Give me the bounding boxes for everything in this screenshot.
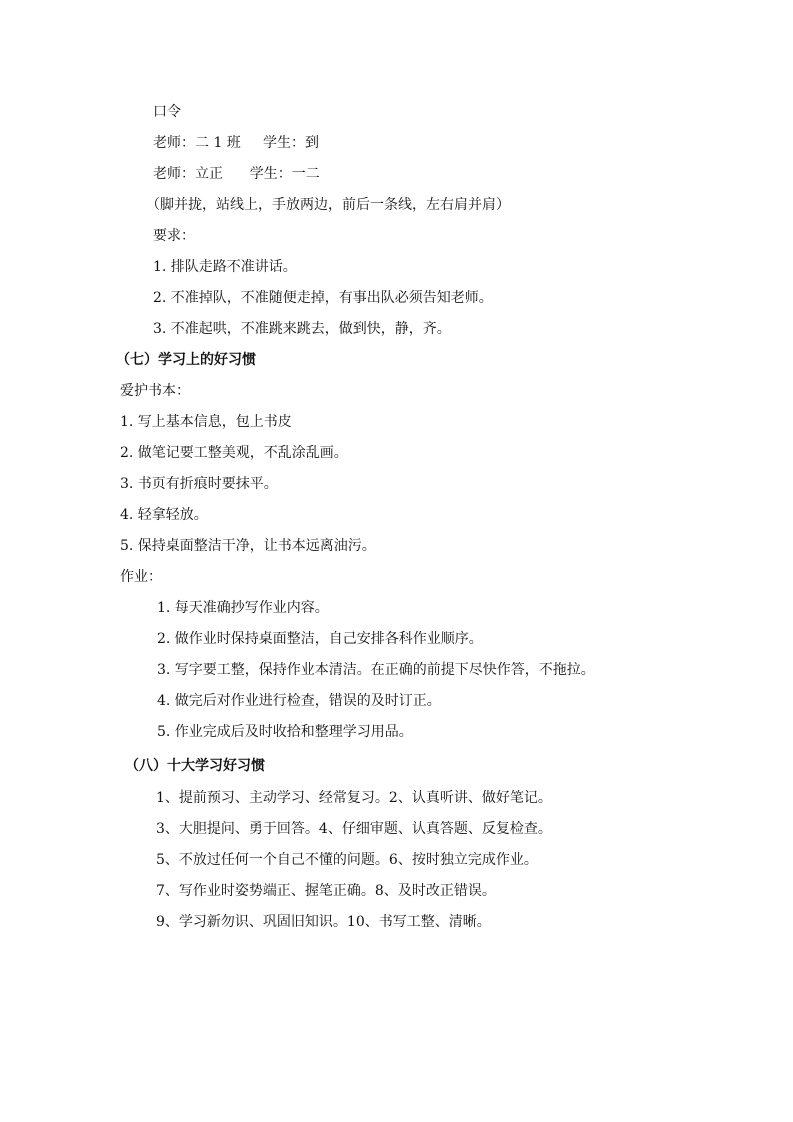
posture-note: （脚并拢，站线上，手放两边，前后一条线，左右肩并肩）: [146, 197, 510, 213]
requirements-label: 要求：: [153, 228, 195, 244]
section-heading-7: （七）学习上的好习惯: [116, 352, 256, 368]
books-item: 4. 轻拿轻放。: [120, 507, 208, 523]
habit-line: 1、提前预习、主动学习、经常复习。2、认真听讲、做好笔记。: [156, 790, 552, 806]
habit-line: 7、写作业时姿势端正、握笔正确。8、及时改正错误。: [156, 883, 496, 899]
books-label: 爱护书本：: [120, 383, 190, 399]
homework-item: 1. 每天准确抄写作业内容。: [157, 600, 329, 616]
requirement-item: 3. 不准起哄，不准跳来跳去，做到快，静，齐。: [153, 321, 451, 337]
homework-item: 4. 做完后对作业进行检查，错误的及时订正。: [157, 693, 441, 709]
homework-item: 5. 作业完成后及时收拾和整理学习用品。: [157, 724, 413, 740]
books-item: 1. 写上基本信息，包上书皮: [120, 414, 292, 430]
homework-item: 3. 写字要工整，保持作业本清洁。在正确的前提下尽快作答，不拖拉。: [157, 662, 595, 678]
homework-label: 作业：: [120, 569, 162, 585]
habit-line: 9、学习新勿识、巩固旧知识。10、书写工整、清晰。: [156, 914, 491, 930]
section-heading-8: （八）十大学习好习惯: [125, 758, 265, 774]
habit-line: 5、不放过任何一个自己不懂的问题。6、按时独立完成作业。: [156, 852, 538, 868]
dialogue-line: 老师：二 1 班 学生：到: [153, 135, 319, 151]
requirement-item: 2. 不准掉队，不准随便走掉，有事出队必须告知老师。: [153, 290, 493, 306]
books-item: 5. 保持桌面整洁干净，让书本远离油污。: [120, 538, 376, 554]
habit-line: 3、大胆提问、勇于回答。4、仔细审题、认真答题、反复检查。: [156, 821, 552, 837]
command-title: 口令: [153, 104, 181, 120]
books-item: 3. 书页有折痕时要抹平。: [120, 476, 278, 492]
books-item: 2. 做笔记要工整美观，不乱涂乱画。: [120, 445, 348, 461]
dialogue-line: 老师：立正 学生：一二: [153, 166, 320, 182]
requirement-item: 1. 排队走路不准讲话。: [153, 259, 297, 275]
homework-item: 2. 做作业时保持桌面整洁，自己安排各科作业顺序。: [157, 631, 483, 647]
